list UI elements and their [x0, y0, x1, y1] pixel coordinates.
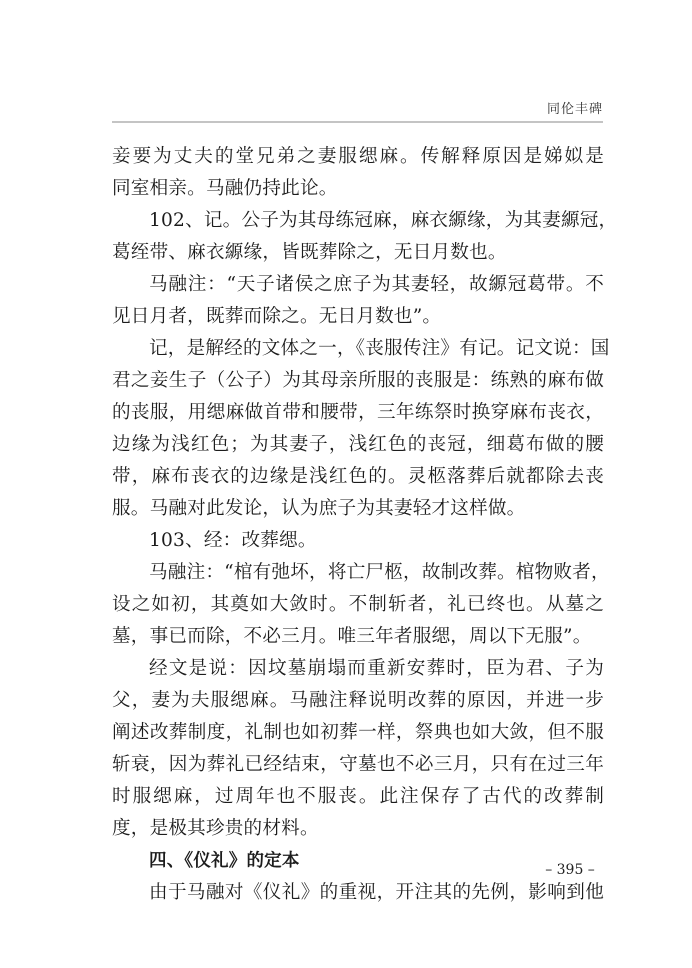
text-line: 君之妾生子（公子）为其母亲所服的丧服是：练熟的麻布做 [112, 365, 604, 397]
text-line: 妾要为丈夫的堂兄弟之妻服缌麻。传解释原因是娣姒是 [112, 141, 604, 173]
text-line: 见日月者，既葬而除之。无日月数也”。 [112, 301, 604, 333]
text-line: 马融注：“天子诸侯之庶子为其妻轻，故縓冠葛带。不 [112, 269, 604, 301]
text-line: 父，妻为夫服缌麻。马融注释说明改葬的原因，并进一步 [112, 685, 604, 717]
text-line: 同室相亲。马融仍持此论。 [112, 173, 604, 205]
paragraph: 马融注：“棺有弛坏，将亡尸柩，故制改葬。棺物败者， 设之如初，其奠如大敛时。不制… [112, 557, 604, 653]
paragraph: 经文是说：因坟墓崩塌而重新安葬时，臣为君、子为 父，妻为夫服缌麻。马融注释说明改… [112, 653, 604, 845]
text-line: 度，是极其珍贵的材料。 [112, 813, 604, 845]
text-line: 服。马融对此发论，认为庶子为其妻轻才这样做。 [112, 493, 604, 525]
running-head-title: 同伦丰碑 [112, 98, 603, 117]
body-text: 妾要为丈夫的堂兄弟之妻服缌麻。传解释原因是娣姒是 同室相亲。马融仍持此论。 10… [112, 141, 604, 909]
paragraph: 马融注：“天子诸侯之庶子为其妻轻，故縓冠葛带。不 见日月者，既葬而除之。无日月数… [112, 269, 604, 333]
paragraph: 记，是解经的文体之一，《丧服传注》有记。记文说：国 君之妾生子（公子）为其母亲所… [112, 333, 604, 525]
text-line: 设之如初，其奠如大敛时。不制斩者，礼已终也。从墓之 [112, 589, 604, 621]
text-line: 经文是说：因坟墓崩塌而重新安葬时，臣为君、子为 [112, 653, 604, 685]
paragraph: 妾要为丈夫的堂兄弟之妻服缌麻。传解释原因是娣姒是 同室相亲。马融仍持此论。 [112, 141, 604, 205]
text-line: 边缘为浅红色；为其妻子，浅红色的丧冠，细葛布做的腰 [112, 429, 604, 461]
paragraph: 由于马融对《仪礼》的重视，开注其的先例，影响到他 [112, 877, 604, 909]
text-line: 记，是解经的文体之一，《丧服传注》有记。记文说：国 [112, 333, 604, 365]
paragraph: 103、经：改葬缌。 [112, 525, 604, 557]
text-line: 102、记。公子为其母练冠麻，麻衣縓缘，为其妻縓冠， [112, 205, 604, 237]
text-line: 阐述改葬制度，礼制也如初葬一样，祭典也如大敛，但不服 [112, 717, 604, 749]
text-line: 由于马融对《仪礼》的重视，开注其的先例，影响到他 [112, 877, 604, 909]
text-line: 葛绖带、麻衣縓缘，皆既葬除之，无日月数也。 [112, 237, 604, 269]
header-rule-divider [112, 121, 603, 123]
page-number: – 395 – [520, 862, 620, 878]
paragraph: 102、记。公子为其母练冠麻，麻衣縓缘，为其妻縓冠， 葛绖带、麻衣縓缘，皆既葬除… [112, 205, 604, 269]
text-line: 马融注：“棺有弛坏，将亡尸柩，故制改葬。棺物败者， [112, 557, 604, 589]
text-line: 时服缌麻，过周年也不服丧。此注保存了古代的改葬制 [112, 781, 604, 813]
text-line: 103、经：改葬缌。 [112, 525, 604, 557]
text-line: 墓，事已而除，不必三月。唯三年者服缌，周以下无服”。 [112, 621, 604, 653]
text-line: 带，麻布丧衣的边缘是浅红色的。灵柩落葬后就都除去丧 [112, 461, 604, 493]
text-line: 斩衰，因为葬礼已经结束，守墓也不必三月，只有在过三年 [112, 749, 604, 781]
text-line: 的丧服，用缌麻做首带和腰带，三年练祭时换穿麻布丧衣， [112, 397, 604, 429]
